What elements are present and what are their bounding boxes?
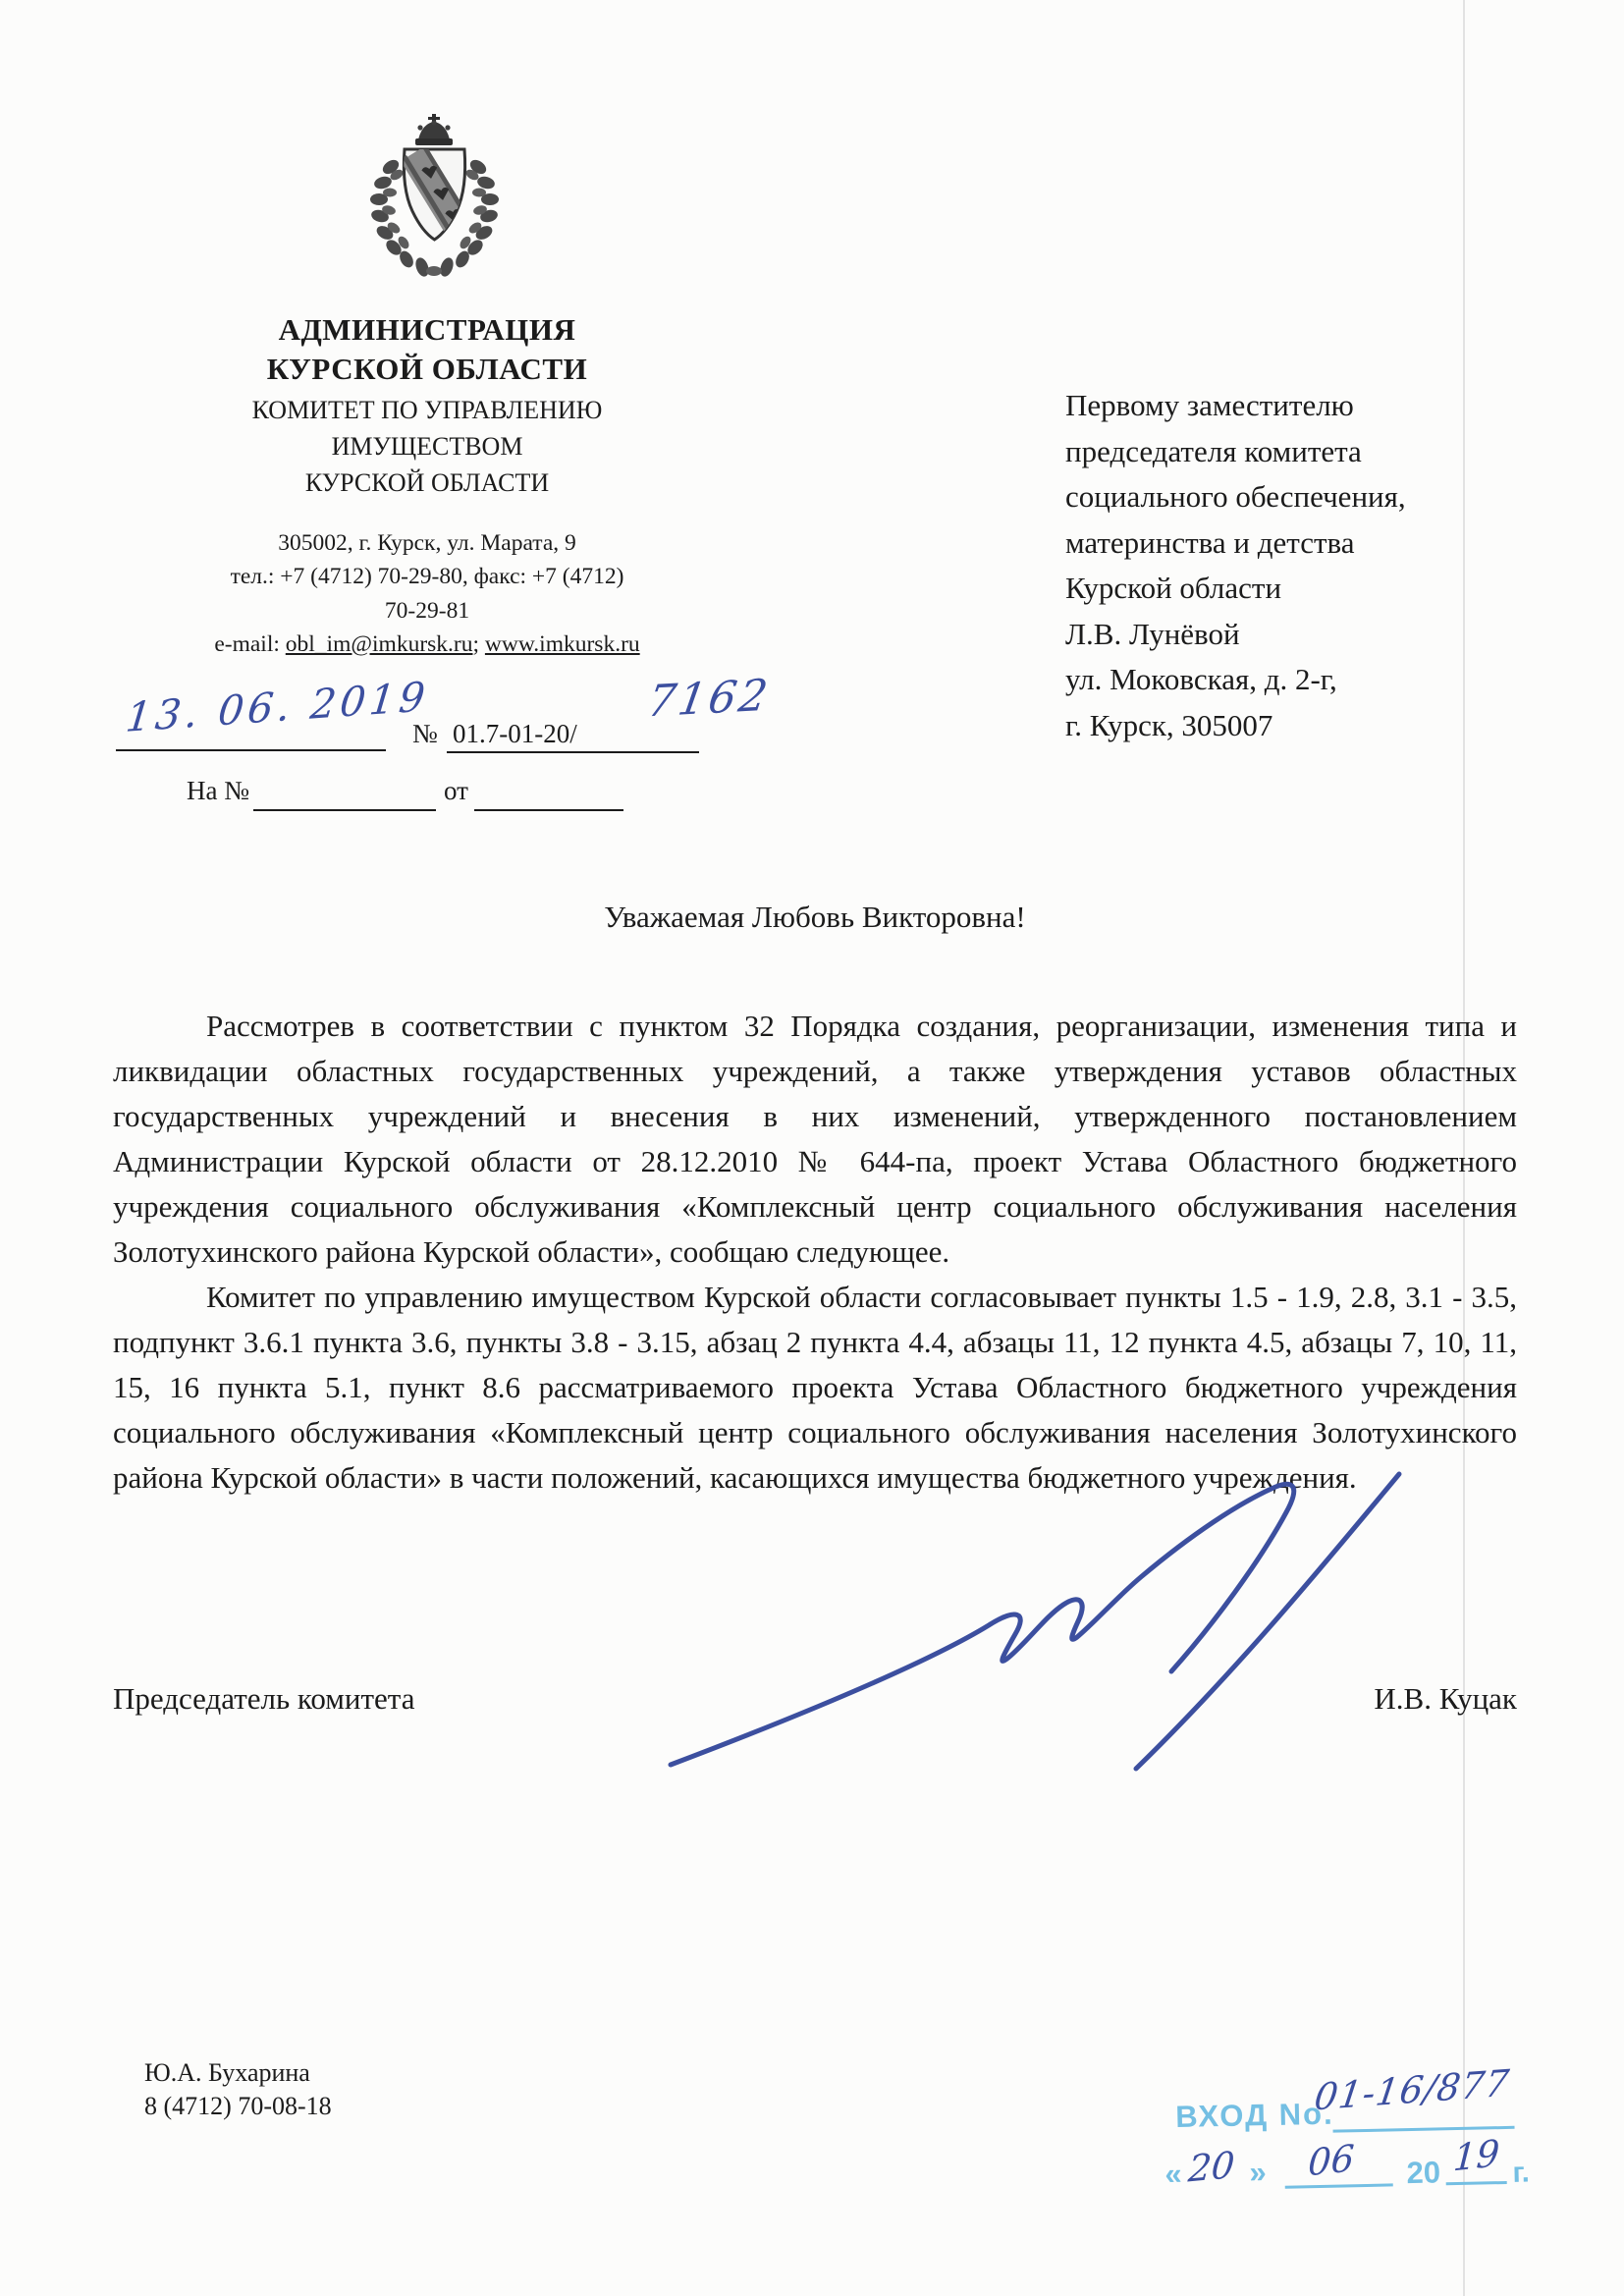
outgoing-number-printed: 01.7-01-20/7162 xyxy=(447,719,699,753)
handwritten-incoming-number: 01-16/877 xyxy=(1312,2061,1512,2118)
executor-name: Ю.А. Бухарина xyxy=(144,2056,332,2090)
phone-fax-line2: 70-29-81 xyxy=(108,594,746,628)
recipient-city: г. Курск, 305007 xyxy=(1065,703,1527,749)
phone-fax-line1: тел.: +7 (4712) 70-29-80, факс: +7 (4712… xyxy=(108,560,746,593)
handwritten-year: 19 xyxy=(1452,2132,1501,2180)
email-website-line: e-mail: obl_im@imkursk.ru; www.imkursk.r… xyxy=(108,628,746,661)
outgoing-ref-line: 13. 06. 2019 № 01.7-01-20/7162 xyxy=(108,678,756,766)
salutation: Уважаемая Любовь Викторовна! xyxy=(113,900,1517,935)
scanned-letter-page: АДМИНИСТРАЦИЯ КУРСКОЙ ОБЛАСТИ КОМИТЕТ ПО… xyxy=(0,0,1624,2296)
letterhead-contacts: 305002, г. Курск, ул. Марата, 9 тел.: +7… xyxy=(108,526,746,660)
dept-name-line1: КОМИТЕТ ПО УПРАВЛЕНИЮ xyxy=(108,394,746,426)
signer-name: И.В. Куцак xyxy=(1374,1681,1517,1717)
stamp-quote-close: » xyxy=(1249,2155,1267,2190)
handwritten-day: 20 xyxy=(1187,2144,1237,2191)
recipient-line: материнства и детства xyxy=(1065,520,1527,567)
stamp-year-suffix: г. xyxy=(1512,2157,1530,2189)
body-paragraph-1: Рассмотрев в соответствии с пунктом 32 П… xyxy=(113,1004,1517,1275)
email-prefix: e-mail: xyxy=(214,631,285,657)
letterhead: АДМИНИСТРАЦИЯ КУРСКОЙ ОБЛАСТИ КОМИТЕТ ПО… xyxy=(108,310,746,661)
recipient-line: Курской области xyxy=(1065,566,1527,612)
stamp-number-underline xyxy=(1333,2126,1515,2133)
executor-block: Ю.А. Бухарина 8 (4712) 70-08-18 xyxy=(144,2056,332,2124)
ot-date-blank xyxy=(474,776,623,811)
recipient-line: социального обеспечения, xyxy=(1065,474,1527,520)
handwritten-month: 06 xyxy=(1307,2137,1356,2185)
signer-title: Председатель комитета xyxy=(113,1681,415,1717)
email-separator: ; xyxy=(473,631,485,657)
coat-of-arms-icon xyxy=(353,106,515,293)
stamp-year-prefix: 20 xyxy=(1406,2155,1440,2191)
postal-address: 305002, г. Курск, ул. Марата, 9 xyxy=(108,526,746,560)
na-number-blank xyxy=(253,776,436,811)
number-sign-label: № xyxy=(412,719,438,749)
email-link[interactable]: obl_im@imkursk.ru xyxy=(286,631,473,657)
handwritten-signature xyxy=(653,1468,1438,1792)
stamp-vhod-label: ВХОД No. xyxy=(1175,2097,1334,2135)
stamp-quote-open: « xyxy=(1164,2157,1182,2192)
handwritten-outgoing-number: 7162 xyxy=(644,671,774,728)
executor-phone: 8 (4712) 70-08-18 xyxy=(144,2090,332,2123)
ot-label: от xyxy=(444,776,468,806)
handwritten-outgoing-date: 13. 06. 2019 xyxy=(124,673,431,741)
incoming-stamp: ВХОД No. 01-16/877 « 20 » 06 20 19 г. xyxy=(1158,2078,1573,2224)
dept-name-line2: ИМУЩЕСТВОМ xyxy=(108,430,746,463)
recipient-block: Первому заместителю председателя комитет… xyxy=(1065,383,1527,748)
outgoing-number-prefix: 01.7-01-20/ xyxy=(453,719,577,748)
org-name-line2: КУРСКОЙ ОБЛАСТИ xyxy=(108,350,746,389)
recipient-line: председателя комитета xyxy=(1065,429,1527,475)
letter-body: Рассмотрев в соответствии с пунктом 32 П… xyxy=(113,1004,1517,1501)
body-paragraph-2: Комитет по управлению имуществом Курской… xyxy=(113,1275,1517,1501)
org-name-line1: АДМИНИСТРАЦИЯ xyxy=(108,310,746,350)
na-number-label: На № xyxy=(187,776,249,806)
date-underline xyxy=(116,749,386,751)
dept-name-line3: КУРСКОЙ ОБЛАСТИ xyxy=(108,466,746,499)
reply-ref-line: На № от xyxy=(108,776,756,825)
recipient-line: Первому заместителю xyxy=(1065,383,1527,429)
recipient-name: Л.В. Лунёвой xyxy=(1065,612,1527,658)
website-link[interactable]: www.imkursk.ru xyxy=(485,631,640,657)
recipient-street: ул. Моковская, д. 2-г, xyxy=(1065,657,1527,703)
